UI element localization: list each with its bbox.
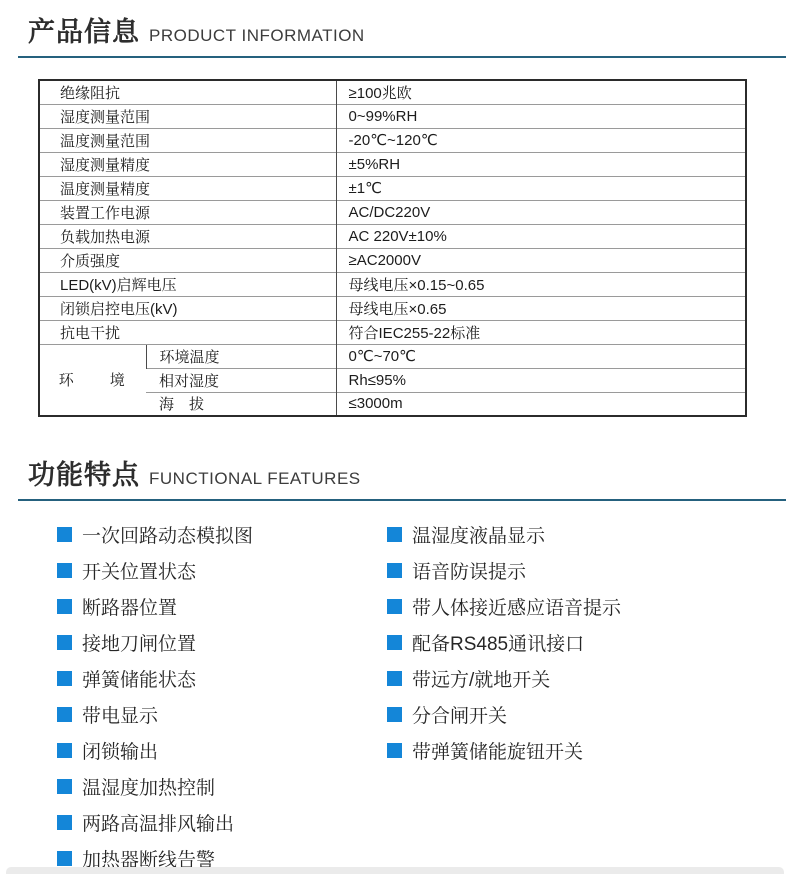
features-section: 功能特点 FUNCTIONAL FEATURES 一次回路动态模拟图开关位置状态… [0,417,790,874]
bullet-square-icon [57,599,72,614]
bullet-square-icon [387,671,402,686]
feature-item: 接地刀闸位置 [57,624,387,660]
spec-env-sublabel: 海 拔 [146,392,336,416]
bullet-square-icon [57,851,72,866]
feature-item: 闭锁输出 [57,732,387,768]
feature-item: 弹簧储能状态 [57,660,387,696]
spec-env-row: 环 境环境温度0℃~70℃ [39,344,746,368]
features-header: 功能特点 FUNCTIONAL FEATURES [0,417,790,492]
bullet-square-icon [387,599,402,614]
feature-item: 两路高温排风输出 [57,804,387,840]
feature-label: 带电显示 [82,701,158,728]
feature-label: 两路高温排风输出 [82,809,234,836]
feature-label: 开关位置状态 [82,557,196,584]
spec-row: 装置工作电源AC/DC220V [39,200,746,224]
spec-table: 绝缘阻抗≥100兆欧湿度测量范围0~99%RH温度测量范围-20℃~120℃湿度… [38,79,747,417]
feature-label: 配备RS485通讯接口 [412,629,584,656]
feature-label: 带弹簧储能旋钮开关 [412,737,583,764]
bullet-square-icon [387,563,402,578]
feature-item: 带人体接近感应语音提示 [387,588,621,624]
feature-label: 语音防误提示 [412,557,526,584]
spec-label: 装置工作电源 [39,200,336,224]
product-info-underline [18,56,786,58]
feature-label: 温湿度加热控制 [82,773,215,800]
spec-row: 抗电干扰符合IEC255-22标准 [39,320,746,344]
spec-label: 温度测量范围 [39,128,336,152]
bullet-square-icon [387,707,402,722]
spec-value: 0~99%RH [336,104,746,128]
spec-row: 湿度测量精度±5%RH [39,152,746,176]
feature-item: 配备RS485通讯接口 [387,624,621,660]
feature-label: 带人体接近感应语音提示 [412,593,621,620]
bullet-square-icon [57,635,72,650]
bullet-square-icon [57,671,72,686]
spec-value: AC/DC220V [336,200,746,224]
spec-value: 符合IEC255-22标准 [336,320,746,344]
feature-label: 温湿度液晶显示 [412,521,545,548]
bullet-square-icon [57,707,72,722]
feature-label: 带远方/就地开关 [412,665,550,692]
feature-item: 断路器位置 [57,588,387,624]
spec-value: Rh≤95% [336,368,746,392]
spec-value: 母线电压×0.65 [336,296,746,320]
feature-item: 开关位置状态 [57,552,387,588]
bullet-square-icon [57,779,72,794]
features-underline [18,499,786,501]
bullet-square-icon [57,815,72,830]
spec-env-row: 海 拔≤3000m [39,392,746,416]
bottom-divider [6,867,784,874]
spec-value: ±5%RH [336,152,746,176]
feature-item: 语音防误提示 [387,552,621,588]
feature-item: 分合闸开关 [387,696,621,732]
product-info-title-en: PRODUCT INFORMATION [149,26,365,46]
spec-label: 湿度测量精度 [39,152,336,176]
spec-env-row: 相对湿度Rh≤95% [39,368,746,392]
spec-row: 闭锁启控电压(kV)母线电压×0.65 [39,296,746,320]
feature-item: 一次回路动态模拟图 [57,516,387,552]
spec-env-group-label: 环 境 [39,344,146,416]
spec-row: 温度测量范围-20℃~120℃ [39,128,746,152]
spec-row: LED(kV)启辉电压母线电压×0.15~0.65 [39,272,746,296]
spec-value: ≤3000m [336,392,746,416]
spec-value: -20℃~120℃ [336,128,746,152]
spec-value: ≥AC2000V [336,248,746,272]
spec-row: 湿度测量范围0~99%RH [39,104,746,128]
product-info-header: 产品信息 PRODUCT INFORMATION [0,0,790,49]
spec-value: 母线电压×0.15~0.65 [336,272,746,296]
feature-label: 弹簧储能状态 [82,665,196,692]
product-info-title-zh: 产品信息 [28,10,140,49]
spec-row: 绝缘阻抗≥100兆欧 [39,80,746,104]
spec-label: 闭锁启控电压(kV) [39,296,336,320]
spec-label: 负载加热电源 [39,224,336,248]
feature-label: 断路器位置 [82,593,177,620]
spec-row: 介质强度≥AC2000V [39,248,746,272]
bullet-square-icon [387,527,402,542]
spec-value: ±1℃ [336,176,746,200]
feature-item: 带电显示 [57,696,387,732]
spec-row: 温度测量精度±1℃ [39,176,746,200]
spec-value: ≥100兆欧 [336,80,746,104]
product-info-section: 产品信息 PRODUCT INFORMATION 绝缘阻抗≥100兆欧湿度测量范… [0,0,790,417]
product-detail-page: 产品信息 PRODUCT INFORMATION 绝缘阻抗≥100兆欧湿度测量范… [0,0,790,874]
bullet-square-icon [57,563,72,578]
spec-row: 负载加热电源AC 220V±10% [39,224,746,248]
spec-label: 抗电干扰 [39,320,336,344]
features-title-zh: 功能特点 [28,453,140,492]
feature-item: 带远方/就地开关 [387,660,621,696]
features-column-left: 一次回路动态模拟图开关位置状态断路器位置接地刀闸位置弹簧储能状态带电显示闭锁输出… [57,516,387,874]
spec-table-body: 绝缘阻抗≥100兆欧湿度测量范围0~99%RH温度测量范围-20℃~120℃湿度… [39,80,746,416]
spec-label: 湿度测量范围 [39,104,336,128]
feature-label: 一次回路动态模拟图 [82,521,253,548]
feature-label: 分合闸开关 [412,701,507,728]
spec-env-sublabel: 环境温度 [146,344,336,368]
spec-value: 0℃~70℃ [336,344,746,368]
bullet-square-icon [57,743,72,758]
bullet-square-icon [387,743,402,758]
feature-label: 闭锁输出 [82,737,158,764]
spec-label: 介质强度 [39,248,336,272]
spec-label: 温度测量精度 [39,176,336,200]
bullet-square-icon [387,635,402,650]
feature-item: 带弹簧储能旋钮开关 [387,732,621,768]
feature-label: 接地刀闸位置 [82,629,196,656]
feature-item: 温湿度加热控制 [57,768,387,804]
spec-env-sublabel: 相对湿度 [146,368,336,392]
spec-value: AC 220V±10% [336,224,746,248]
features-column-right: 温湿度液晶显示语音防误提示带人体接近感应语音提示配备RS485通讯接口带远方/就… [387,516,621,874]
feature-item: 温湿度液晶显示 [387,516,621,552]
spec-label: 绝缘阻抗 [39,80,336,104]
spec-label: LED(kV)启辉电压 [39,272,336,296]
features-title-en: FUNCTIONAL FEATURES [149,469,361,489]
bullet-square-icon [57,527,72,542]
features-list: 一次回路动态模拟图开关位置状态断路器位置接地刀闸位置弹簧储能状态带电显示闭锁输出… [57,516,790,874]
